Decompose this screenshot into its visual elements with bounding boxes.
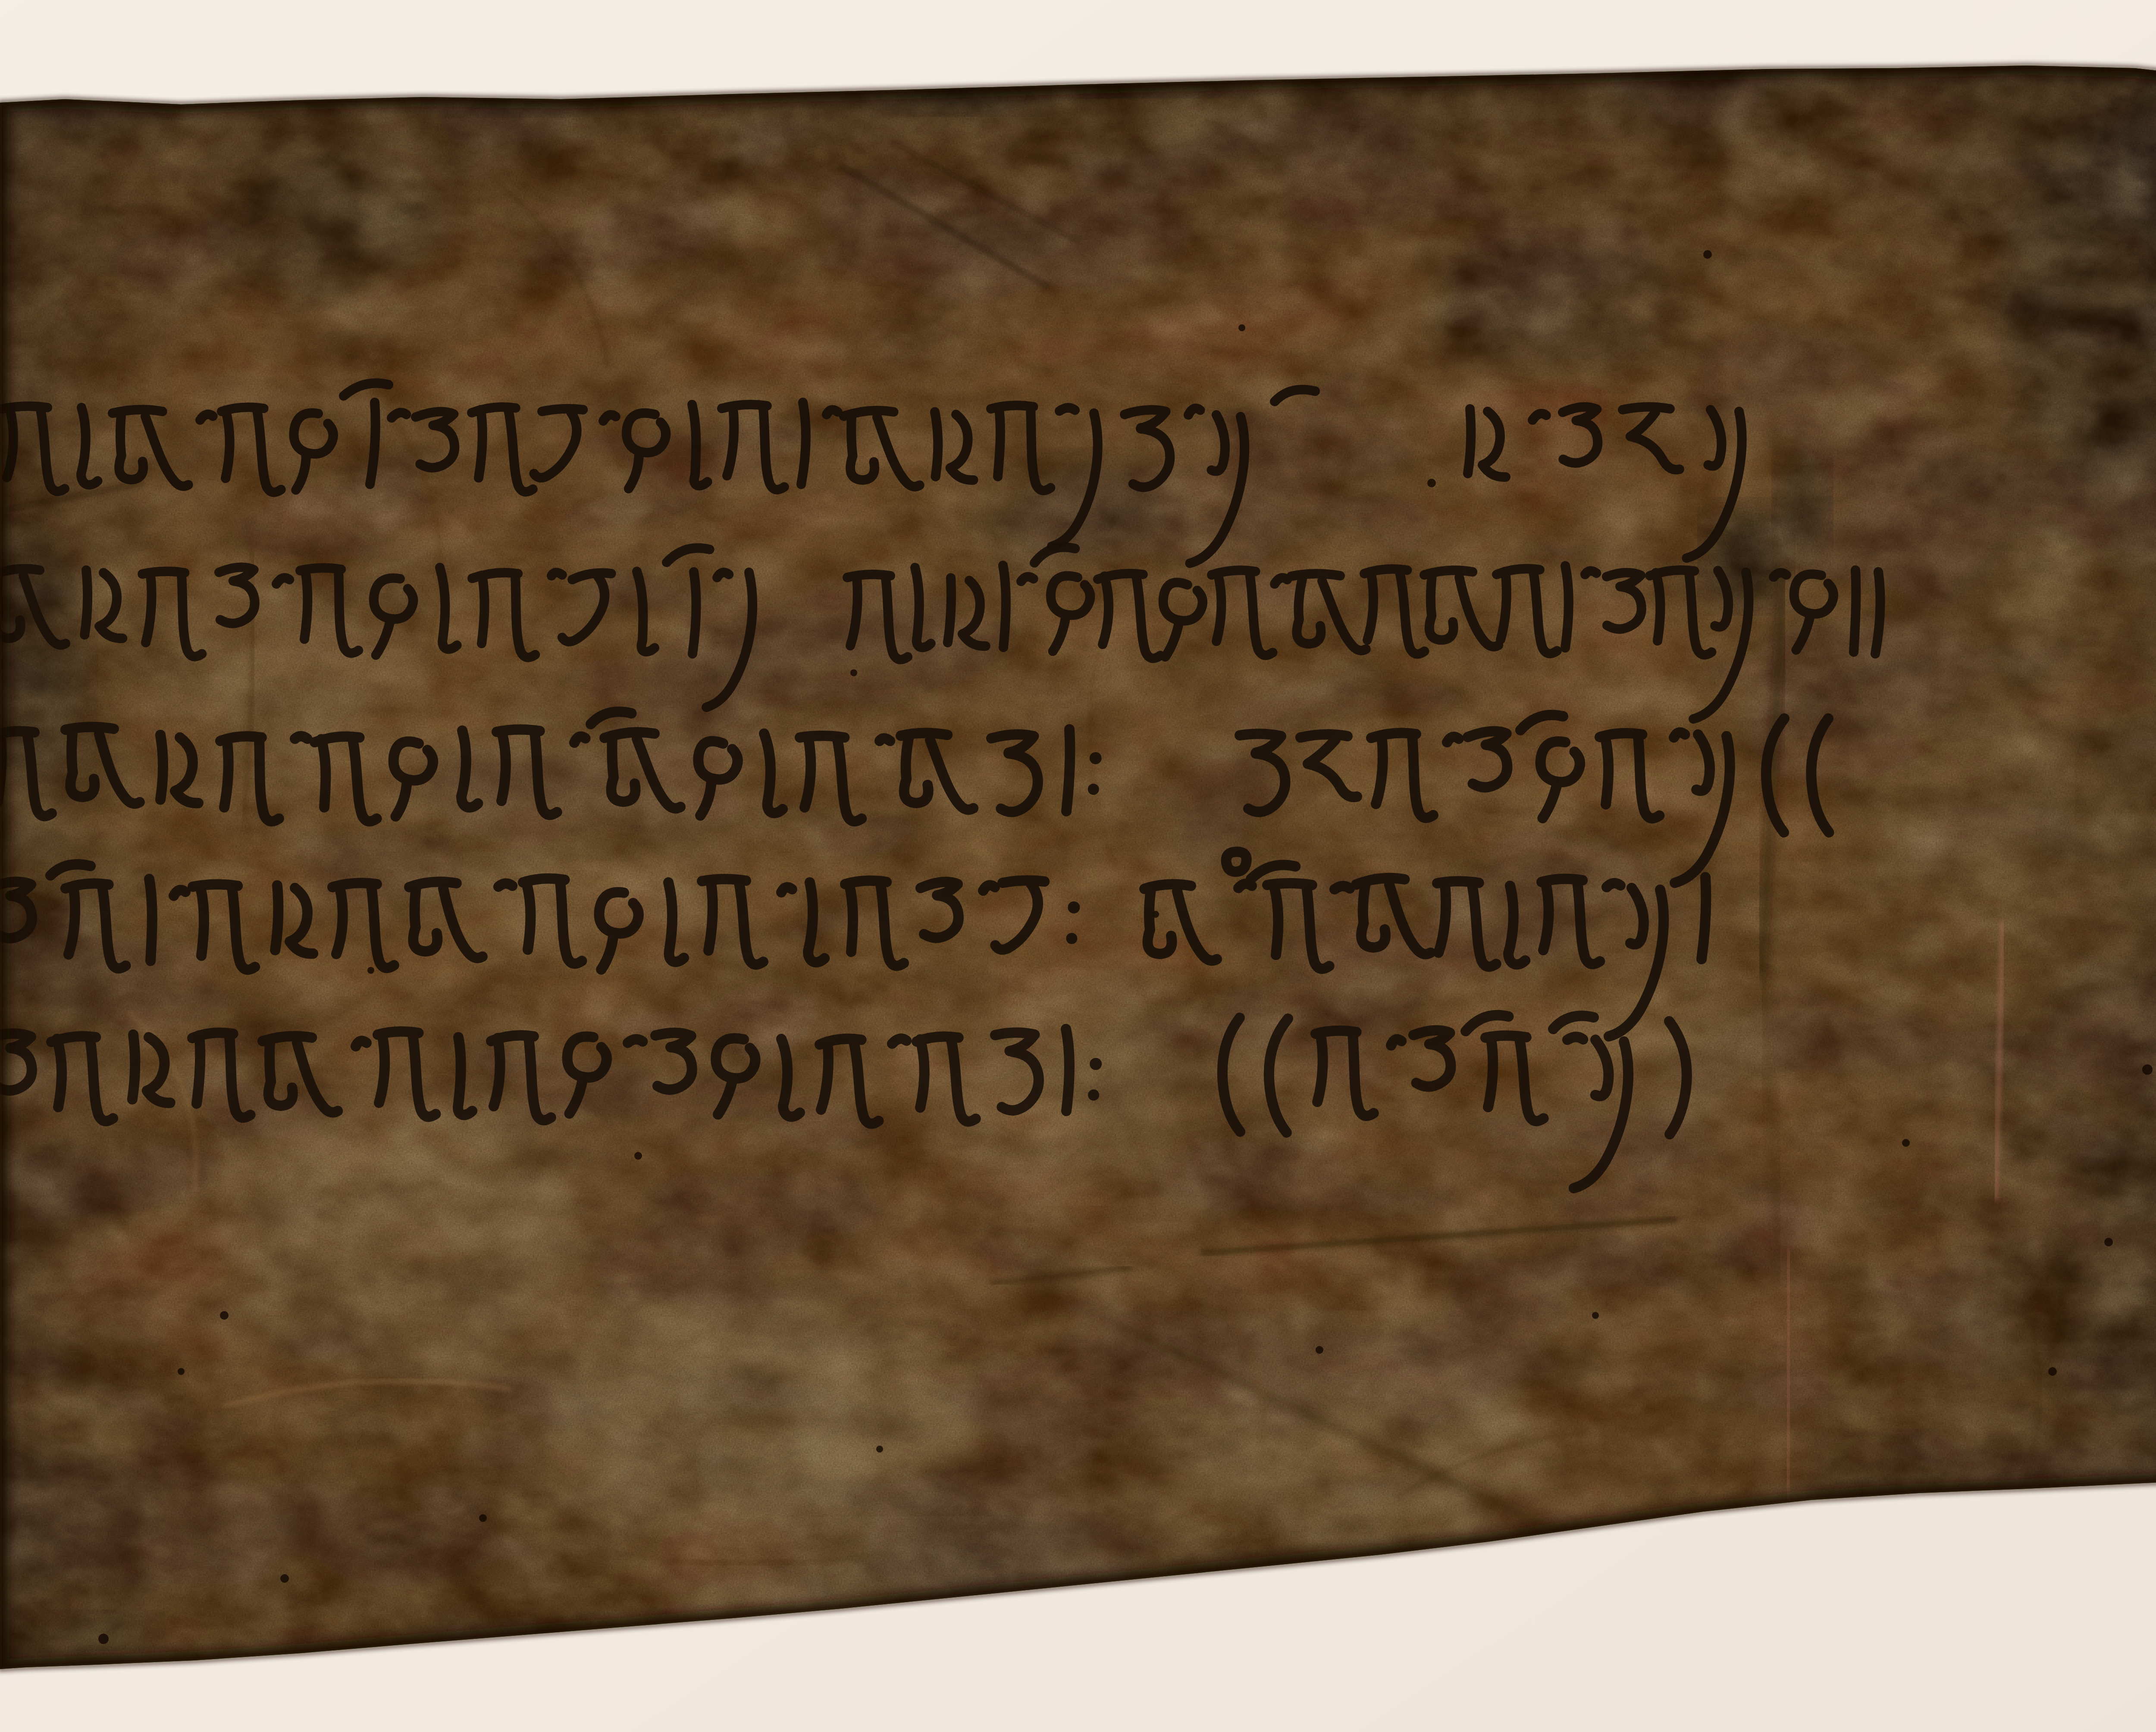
script-stroke: [1774, 573, 1786, 577]
script-stroke: [1585, 571, 1596, 574]
script-stroke: [1188, 408, 1200, 415]
sheet-surface: [0, 0, 2156, 1732]
script-stroke: [1066, 729, 1070, 811]
script-stroke: [132, 1035, 135, 1099]
script-stroke: [275, 885, 278, 950]
speckle: [634, 1152, 642, 1160]
script-stroke: [479, 410, 483, 478]
script-stroke: [948, 578, 951, 643]
script-stroke: [1003, 881, 1044, 883]
script-stroke: [1216, 573, 1222, 641]
script-stroke: [85, 570, 88, 635]
script-stroke: [805, 739, 811, 807]
speckle: [479, 1514, 487, 1522]
speckle: [1703, 250, 1712, 259]
speckle: [1902, 1139, 1910, 1147]
script-dot: [1066, 933, 1077, 944]
speckle: [2142, 1064, 2153, 1075]
script-stroke: [526, 882, 531, 950]
manuscript-photo: [0, 0, 2156, 1732]
speckle: [1238, 324, 1245, 331]
script-stroke: [1567, 1037, 1583, 1040]
speckle: [1592, 1312, 1599, 1319]
script-stroke: [1003, 565, 1006, 647]
crease-streak: [1787, 1251, 1789, 1518]
script-stroke: [276, 578, 289, 584]
script-dot: [1088, 1089, 1099, 1101]
speckle: [280, 1574, 289, 1583]
script-stroke: [226, 410, 230, 478]
script-stroke: [1656, 573, 1661, 641]
script-stroke: [1059, 408, 1075, 411]
speckle: [850, 669, 857, 676]
photograph: [0, 0, 2156, 1732]
script-stroke: [1300, 734, 1347, 737]
script-stroke: [717, 572, 729, 577]
script-stroke: [1532, 414, 1546, 420]
script-stroke: [983, 885, 995, 891]
script-stroke: [1623, 407, 1670, 410]
speckle: [98, 1634, 109, 1644]
script-stroke: [494, 1038, 500, 1106]
script-stroke: [1854, 570, 1856, 652]
speckle: [2104, 1238, 2113, 1246]
script-dot: [1068, 901, 1080, 913]
script-dot: [1090, 1058, 1102, 1070]
script-stroke: [542, 409, 583, 411]
speckle: [1316, 1346, 1323, 1354]
script-stroke: [498, 883, 512, 887]
script-stroke: [1702, 877, 1706, 959]
script-stroke: [1488, 1039, 1493, 1107]
script-stroke: [321, 739, 326, 807]
script-stroke: [1875, 572, 1880, 654]
script-stroke: [574, 737, 586, 743]
script-stroke: [501, 733, 506, 801]
script-stroke: [801, 402, 806, 484]
script-stroke: [1066, 1029, 1069, 1111]
script-dot: [1088, 784, 1099, 795]
script-stroke: [295, 736, 307, 739]
script-stroke: [1674, 732, 1685, 737]
script-stroke: [1605, 736, 1608, 804]
script-stroke: [482, 575, 485, 643]
script-stroke: [1607, 883, 1620, 887]
script-stroke: [1274, 887, 1278, 955]
script-stroke: [356, 1041, 367, 1047]
script-stroke: [149, 879, 152, 961]
script-stroke: [174, 890, 185, 896]
script-stroke: [827, 410, 838, 414]
speckle: [367, 967, 374, 974]
script-stroke: [1391, 1039, 1401, 1045]
script-stroke: [603, 415, 616, 421]
script-stroke: [69, 886, 75, 954]
script-stroke: [708, 882, 713, 951]
script-stroke: [392, 413, 406, 418]
script-stroke: [628, 1039, 642, 1043]
script-stroke: [920, 1039, 924, 1108]
speckle: [220, 1311, 229, 1320]
script-dot: [1090, 752, 1102, 764]
script-stroke: [693, 572, 696, 654]
speckle: [876, 1446, 883, 1453]
script-stroke: [552, 572, 562, 576]
script-stroke: [998, 408, 1000, 477]
script-stroke: [201, 888, 204, 956]
script-stroke: [880, 738, 890, 741]
script-stroke: [1021, 577, 1034, 581]
script-stroke: [1275, 578, 1287, 584]
script-stroke: [935, 412, 938, 477]
script-stroke: [1291, 574, 1340, 576]
speckle: [2048, 1367, 2057, 1376]
script-stroke: [1468, 409, 1471, 474]
script-stroke: [146, 574, 152, 643]
script-stroke: [1447, 737, 1459, 743]
script-stroke: [1317, 1034, 1323, 1102]
script-stroke: [1238, 884, 1252, 888]
script-stroke: [1565, 566, 1569, 648]
script-stroke: [1543, 882, 1549, 950]
script-stroke: [200, 414, 213, 420]
script-stroke: [892, 1039, 906, 1044]
script-stroke: [160, 735, 163, 800]
grain-texture: [0, 0, 2156, 1732]
script-stroke: [1335, 886, 1350, 889]
script-stroke: [370, 402, 376, 484]
script-stroke: [304, 571, 307, 639]
script-stroke: [379, 1035, 385, 1103]
speckle: [1427, 479, 1436, 487]
script-stroke: [197, 1035, 200, 1104]
speckle: [178, 1368, 185, 1375]
script-stroke: [849, 884, 853, 952]
script-stroke: [781, 887, 792, 892]
script-stroke: [224, 739, 229, 807]
script-stroke: [57, 1039, 62, 1107]
